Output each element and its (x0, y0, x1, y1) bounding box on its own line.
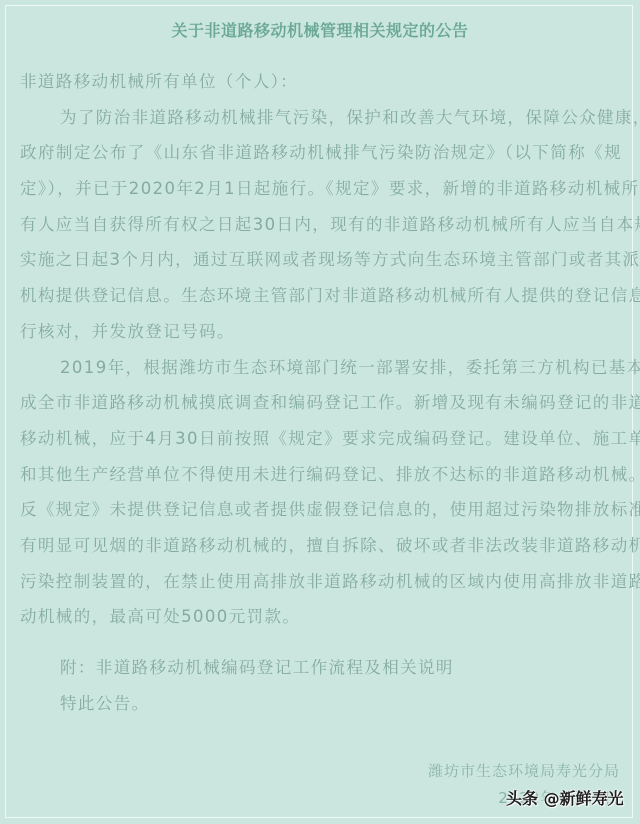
paragraph-2-line: 污染控制装置的，在禁止使用高排放非道路移动机械的区域内使用高排放非道路移 (20, 570, 622, 594)
paragraph-1-line: 政府制定公布了《山东省非道路移动机械排气污染防治规定》（以下简称《规 (20, 141, 622, 165)
paragraph-1-line: 行核对，并发放登记号码。 (20, 320, 622, 344)
watermark: 头条 @新鲜寿光 (506, 788, 624, 810)
paragraph-1-line: 有人应当自获得所有权之日起30日内，现有的非道路移动机械所有人应当自本规定 (20, 213, 622, 237)
issuer-signature: 潍坊市生态环境局寿光分局 (428, 760, 620, 782)
paragraph-2-line: 反《规定》未提供登记信息或者提供虚假登记信息的，使用超过污染物排放标准和 (20, 498, 622, 522)
paragraph-2-line: 和其他生产经营单位不得使用未进行编码登记、排放不达标的非道路移动机械。违 (20, 463, 622, 487)
paragraph-1-line: 定》），并已于2020年2月1日起施行。《规定》要求，新增的非道路移动机械所 (20, 177, 622, 201)
paragraph-2-line: 有明显可见烟的非道路移动机械的，擅自拆除、破坏或者非法改装非道路移动机械 (20, 534, 622, 558)
salutation: 非道路移动机械所有单位（个人）： (20, 70, 622, 94)
paragraph-2-line: 2019年，根据潍坊市生态环境部门统一部署安排，委托第三方机构已基本完 (60, 356, 622, 380)
document-title: 关于非道路移动机械管理相关规定的公告 (0, 19, 640, 43)
paragraph-2-line: 成全市非道路移动机械摸底调查和编码登记工作。新增及现有未编码登记的非道路 (20, 391, 622, 415)
paragraph-2-line: 动机械的，最高可处5000元罚款。 (20, 605, 622, 629)
attachment-note: 附：非道路移动机械编码登记工作流程及相关说明 (60, 656, 640, 680)
paragraph-1-line: 实施之日起3个月内，通过互联网或者现场等方式向生态环境主管部门或者其派出 (20, 248, 622, 272)
paragraph-1-line: 机构提供登记信息。生态环境主管部门对非道路移动机械所有人提供的登记信息进 (20, 284, 622, 308)
paragraph-1-line: 为了防治非道路移动机械排气污染，保护和改善大气环境，保障公众健康，省 (60, 106, 622, 130)
closing-remark: 特此公告。 (60, 692, 640, 716)
paragraph-2-line: 移动机械，应于4月30日前按照《规定》要求完成编码登记。建设单位、施工单位 (20, 427, 622, 451)
